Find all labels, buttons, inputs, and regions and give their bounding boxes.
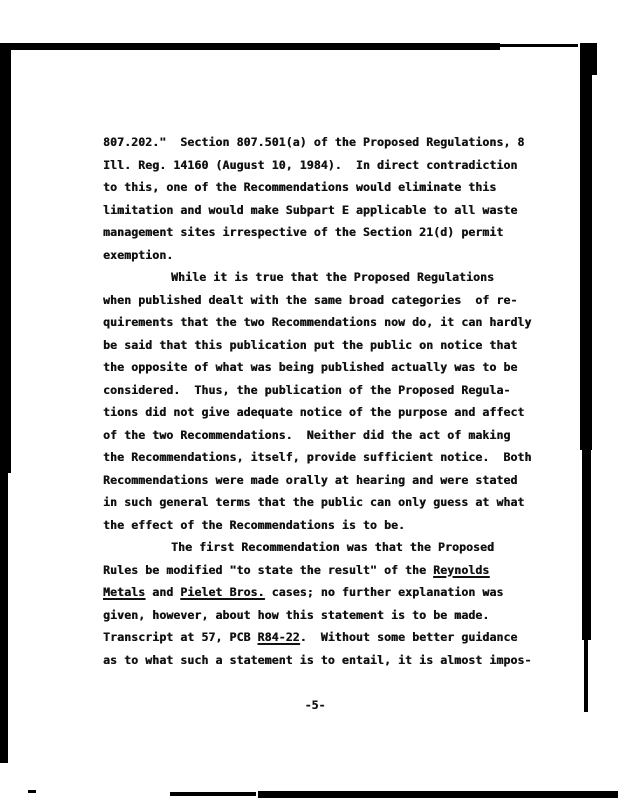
text-segment: Ill. Reg. 14160 (August 10, 1984). In di… bbox=[103, 158, 517, 172]
text-line: tions did not give adequate notice of th… bbox=[103, 401, 533, 424]
scan-artifact-bottom-dash bbox=[170, 792, 256, 796]
text-segment: and bbox=[145, 585, 180, 599]
text-segment: to this, one of the Recommendations woul… bbox=[103, 180, 496, 194]
text-line: the effect of the Recommendations is to … bbox=[103, 514, 533, 537]
text-segment: 807.202." Section 807.501(a) of the Prop… bbox=[103, 135, 524, 149]
page-number: -5- bbox=[103, 698, 527, 712]
text-segment: tions did not give adequate notice of th… bbox=[103, 405, 524, 419]
text-line: as to what such a statement is to entail… bbox=[103, 649, 533, 672]
scan-artifact-top-band bbox=[2, 43, 500, 50]
text-line: quirements that the two Recommendations … bbox=[103, 311, 533, 334]
text-line: management sites irrespective of the Sec… bbox=[103, 221, 533, 244]
text-segment: . Without some better guidance bbox=[300, 630, 518, 644]
text-line: when published dealt with the same broad… bbox=[103, 289, 533, 312]
text-line: given, however, about how this statement… bbox=[103, 604, 533, 627]
text-segment: considered. Thus, the publication of the… bbox=[103, 383, 510, 397]
text-line: in such general terms that the public ca… bbox=[103, 491, 533, 514]
text-line: of the two Recommendations. Neither did … bbox=[103, 424, 533, 447]
underlined-citation: Pielet Bros. bbox=[180, 585, 264, 599]
text-line: to this, one of the Recommendations woul… bbox=[103, 176, 533, 199]
text-line: Ill. Reg. 14160 (August 10, 1984). In di… bbox=[103, 154, 533, 177]
underlined-citation: Reynolds bbox=[433, 563, 489, 577]
text-segment: be said that this publication put the pu… bbox=[103, 338, 517, 352]
text-line: the Recommendations, itself, provide suf… bbox=[103, 446, 533, 469]
text-segment: cases; no further explanation was bbox=[265, 585, 504, 599]
text-line: 807.202." Section 807.501(a) of the Prop… bbox=[103, 131, 533, 154]
underlined-citation: R84-22 bbox=[258, 630, 300, 644]
scan-artifact-left-bar-lower bbox=[0, 473, 8, 763]
text-line: While it is true that the Proposed Regul… bbox=[103, 266, 533, 289]
text-line: The first Recommendation was that the Pr… bbox=[103, 536, 533, 559]
underlined-citation: Metals bbox=[103, 585, 145, 599]
scan-artifact-right-bar-tail bbox=[584, 640, 588, 712]
text-segment: of the two Recommendations. Neither did … bbox=[103, 428, 510, 442]
text-segment: quirements that the two Recommendations … bbox=[103, 315, 531, 329]
text-segment: limitation and would make Subpart E appl… bbox=[103, 203, 517, 217]
text-segment: While it is true that the Proposed Regul… bbox=[171, 270, 494, 284]
text-line: considered. Thus, the publication of the… bbox=[103, 379, 533, 402]
scan-artifact-top-band-thin bbox=[500, 44, 578, 47]
text-line: Rules be modified "to state the result" … bbox=[103, 559, 533, 582]
text-line: the opposite of what was being published… bbox=[103, 356, 533, 379]
scan-artifact-right-bar bbox=[580, 75, 592, 450]
text-segment: given, however, about how this statement… bbox=[103, 608, 489, 622]
text-segment: The first Recommendation was that the Pr… bbox=[171, 540, 494, 554]
scan-artifact-left-bar bbox=[0, 43, 11, 473]
text-line: Transcript at 57, PCB R84-22. Without so… bbox=[103, 626, 533, 649]
text-line: exemption. bbox=[103, 244, 533, 267]
scan-artifact-bottom-speck bbox=[28, 790, 36, 793]
text-segment: Transcript at 57, PCB bbox=[103, 630, 258, 644]
text-segment: when published dealt with the same broad… bbox=[103, 293, 517, 307]
text-segment: the Recommendations, itself, provide suf… bbox=[103, 450, 531, 464]
text-line: Metals and Pielet Bros. cases; no furthe… bbox=[103, 581, 533, 604]
text-segment: in such general terms that the public ca… bbox=[103, 495, 524, 509]
scan-artifact-bottom-band bbox=[258, 791, 618, 798]
text-segment: management sites irrespective of the Sec… bbox=[103, 225, 503, 239]
text-segment: Rules be modified "to state the result" … bbox=[103, 563, 433, 577]
text-segment: Recommendations were made orally at hear… bbox=[103, 473, 517, 487]
document-text: 807.202." Section 807.501(a) of the Prop… bbox=[103, 131, 533, 671]
text-segment: the effect of the Recommendations is to … bbox=[103, 518, 405, 532]
scan-artifact-right-blob bbox=[580, 43, 597, 75]
text-line: Recommendations were made orally at hear… bbox=[103, 469, 533, 492]
text-line: be said that this publication put the pu… bbox=[103, 334, 533, 357]
text-segment: as to what such a statement is to entail… bbox=[103, 653, 531, 667]
text-segment: the opposite of what was being published… bbox=[103, 360, 517, 374]
text-segment: exemption. bbox=[103, 248, 173, 262]
scan-artifact-right-bar-mid bbox=[582, 450, 591, 640]
text-line: limitation and would make Subpart E appl… bbox=[103, 199, 533, 222]
